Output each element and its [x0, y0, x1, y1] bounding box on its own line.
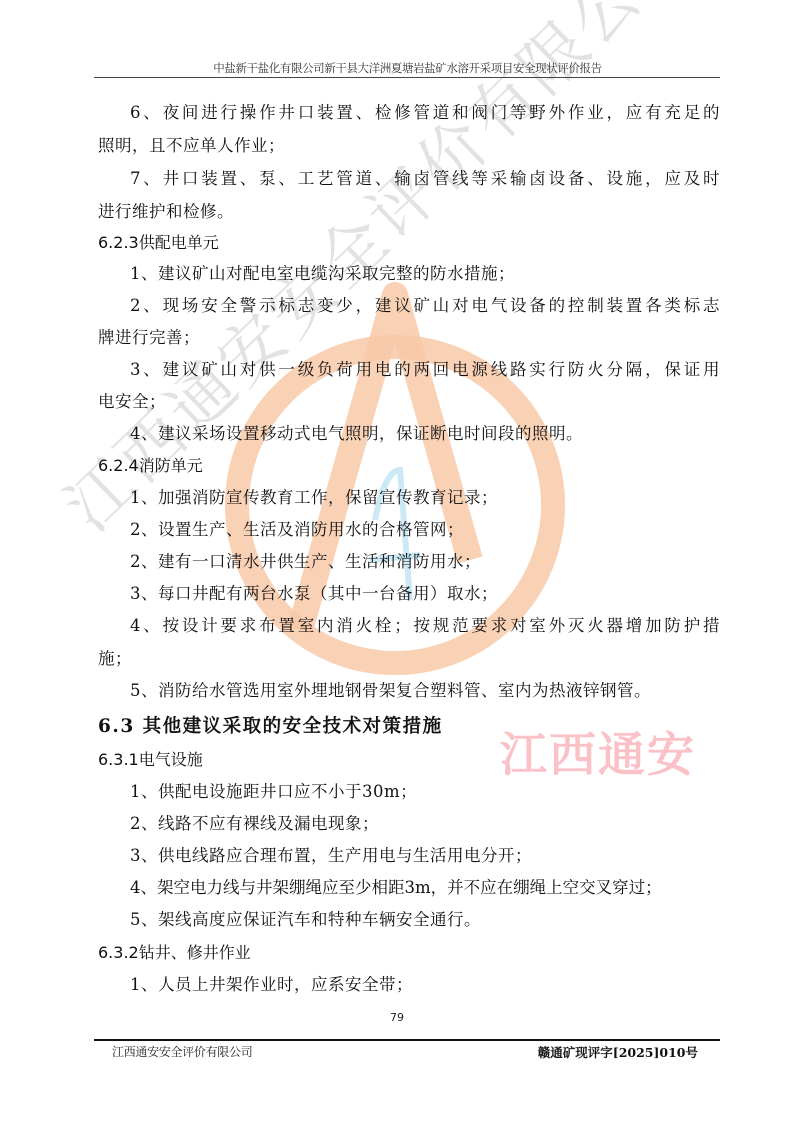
- paragraph-line: 施；: [98, 649, 132, 669]
- paragraph-line: 3、供电线路应合理布置，生产用电与生活用电分开；: [130, 846, 532, 866]
- page-number: 79: [0, 1011, 794, 1024]
- paragraph-line: 4、架空电力线与井架绷绳应至少相距3m，并不应在绷绳上空交叉穿过；: [130, 878, 662, 898]
- paragraph-line: 7、井口装置、泵、工艺管道、输卤管线等采输卤设备、设施，应及时: [130, 169, 720, 189]
- paragraph-line: 5、消防给水管选用室外埋地钢骨架复合塑料管、室内为热液锌钢管。: [130, 681, 651, 701]
- brand-watermark-text: 江西通安: [500, 718, 696, 785]
- paragraph-line: 1、加强消防宣传教育工作，保留宣传教育记录；: [130, 488, 498, 508]
- paragraph-line: 1、供配电设施距井口应不小于30m；: [130, 782, 417, 802]
- paragraph-line: 5、架线高度应保证汽车和特种车辆安全通行。: [130, 910, 481, 930]
- footer-doc-number: 赣通矿现评字[2025]010号: [538, 1043, 698, 1061]
- header-divider: [94, 77, 720, 78]
- section-heading-6-3: 6.3 其他建议采取的安全技术对策措施: [98, 717, 443, 737]
- paragraph-line: 4、建议采场设置移动式电气照明，保证断电时间段的照明。: [130, 424, 583, 444]
- paragraph-line: 4、按设计要求布置室内消火栓；按规范要求对室外灭火器增加防护措: [130, 616, 720, 636]
- paragraph-line: 进行维护和检修。: [98, 202, 234, 222]
- section-heading-6-2-3: 6.2.3供配电单元: [98, 233, 219, 253]
- paragraph-line: 2、建有一口清水井供生产、生活和消防用水；: [130, 552, 481, 572]
- paragraph-line: 1、人员上井架作业时，应系安全带；: [130, 975, 413, 995]
- paragraph-line: 牌进行完善；: [98, 328, 200, 348]
- paragraph-line: 3、建议矿山对供一级负荷用电的两回电源线路实行防火分隔，保证用: [130, 360, 720, 380]
- footer-divider: [94, 1039, 720, 1041]
- paragraph-line: 电安全；: [98, 392, 166, 412]
- running-header: 中盐新干盐化有限公司新干县大洋洲夏塘岩盐矿水溶开采项目安全现状评价报告: [95, 60, 720, 76]
- paragraph-line: 1、建议矿山对配电室电缆沟采取完整的防水措施；: [130, 264, 515, 284]
- paragraph-line: 2、现场安全警示标志变少，建议矿山对电气设备的控制装置各类标志: [130, 296, 720, 316]
- paragraph-line: 2、线路不应有裸线及漏电现象；: [130, 814, 379, 834]
- section-heading-6-2-4: 6.2.4消防单元: [98, 456, 203, 476]
- document-page: 江西通安安全评价有限公司 江西通安 中盐新干盐化有限公司新干县大洋洲夏塘岩盐矿水…: [0, 0, 794, 1122]
- footer-company: 江西通安安全评价有限公司: [112, 1043, 252, 1060]
- paragraph-line: 2、设置生产、生活及消防用水的合格管网；: [130, 520, 464, 540]
- paragraph-line: 照明，且不应单人作业；: [98, 136, 285, 156]
- section-heading-6-3-2: 6.3.2钻井、修井作业: [98, 943, 251, 963]
- paragraph-line: 3、每口井配有两台水泵（其中一台备用）取水；: [130, 584, 498, 604]
- paragraph-line: 6、夜间进行操作井口装置、检修管道和阀门等野外作业，应有充足的: [130, 103, 720, 123]
- section-heading-6-3-1: 6.3.1电气设施: [98, 750, 203, 770]
